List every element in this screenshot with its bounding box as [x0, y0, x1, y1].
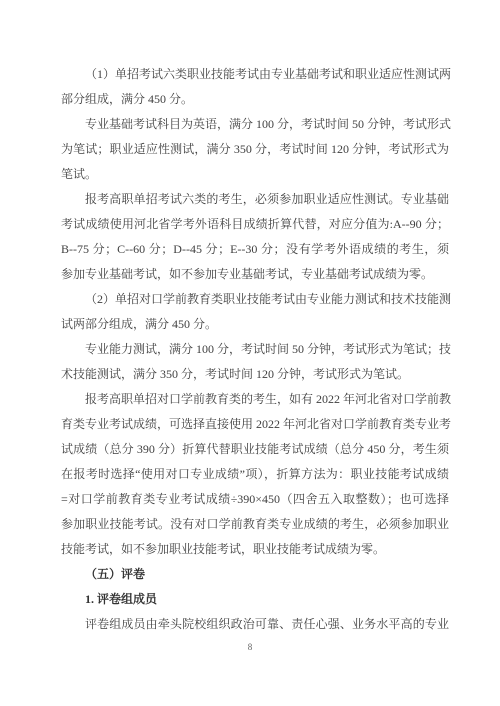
text-line: 专业能力测试，满分 100 分，考试时间 50 分钟，考试形式为笔试；技: [61, 337, 449, 362]
text-line: 报考高职单招考试六类的考生，必须参加职业适应性测试。专业基础: [61, 187, 449, 212]
text-line: 参加专业基础考试，如不参加专业基础考试，专业基础考试成绩为零。: [61, 262, 449, 287]
document-page: （1）单招考试六类职业技能考试由专业基础考试和职业适应性测试两部分组成，满分 4…: [0, 0, 500, 706]
text-line: 参加职业技能考试。没有对口学前教育类专业成绩的考生，必须参加职业: [61, 512, 449, 537]
text-line: =对口学前教育类专业考试成绩÷390×450（四舍五入取整数）；也可选择: [61, 487, 449, 512]
text-line: 为笔试；职业适应性测试，满分 350 分，考试时间 120 分钟，考试形式为: [61, 137, 449, 162]
page-number: 8: [0, 641, 500, 653]
heading-line: （五）评卷: [61, 562, 449, 587]
document-body: （1）单招考试六类职业技能考试由专业基础考试和职业适应性测试两部分组成，满分 4…: [61, 62, 449, 637]
text-line: 评卷组成员由牵头院校组织政治可靠、责任心强、业务水平高的专业: [61, 612, 449, 637]
text-line: （1）单招考试六类职业技能考试由专业基础考试和职业适应性测试两: [61, 62, 449, 87]
heading-line: 1. 评卷组成员: [61, 587, 449, 612]
text-line: 笔试。: [61, 162, 449, 187]
text-line: 试成绩（总分 390 分）折算代替职业技能考试成绩（总分 450 分，考生须: [61, 437, 449, 462]
text-line: 试两部分组成，满分 450 分。: [61, 312, 449, 337]
text-line: 育类专业考试成绩，可选择直接使用 2022 年河北省对口学前教育类专业考: [61, 412, 449, 437]
text-line: B--75 分；C--60 分；D--45 分；E--30 分；没有学考外语成绩…: [61, 237, 449, 262]
text-line: 部分组成，满分 450 分。: [61, 87, 449, 112]
text-line: 专业基础考试科目为英语，满分 100 分，考试时间 50 分钟，考试形式: [61, 112, 449, 137]
text-line: 术技能测试，满分 350 分，考试时间 120 分钟，考试形式为笔试。: [61, 362, 449, 387]
text-line: 考试成绩使用河北省学考外语科目成绩折算代替，对应分值为:A--90 分；: [61, 212, 449, 237]
text-line: 技能考试，如不参加职业技能考试，职业技能考试成绩为零。: [61, 537, 449, 562]
text-line: 报考高职单招对口学前教育类的考生，如有 2022 年河北省对口学前教: [61, 387, 449, 412]
text-line: （2）单招对口学前教育类职业技能考试由专业能力测试和技术技能测: [61, 287, 449, 312]
text-line: 在报考时选择“使用对口专业成绩”项），折算方法为：职业技能考试成绩: [61, 462, 449, 487]
